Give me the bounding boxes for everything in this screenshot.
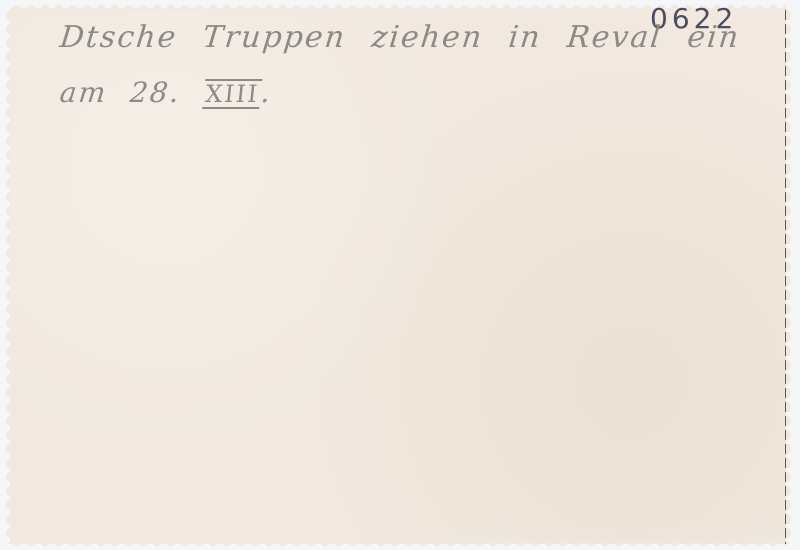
date-prefix: am 28. [58, 76, 182, 109]
handwritten-caption-line-1: Dtsche Truppen ziehen in Reval ein [58, 20, 742, 55]
deckled-edge-right [786, 8, 794, 544]
deckled-edge-left [3, 8, 11, 544]
deckled-edge-bottom [10, 541, 786, 549]
roman-month: XIII [202, 79, 263, 109]
handwritten-caption-line-2: am 28. XIII. [58, 76, 273, 109]
